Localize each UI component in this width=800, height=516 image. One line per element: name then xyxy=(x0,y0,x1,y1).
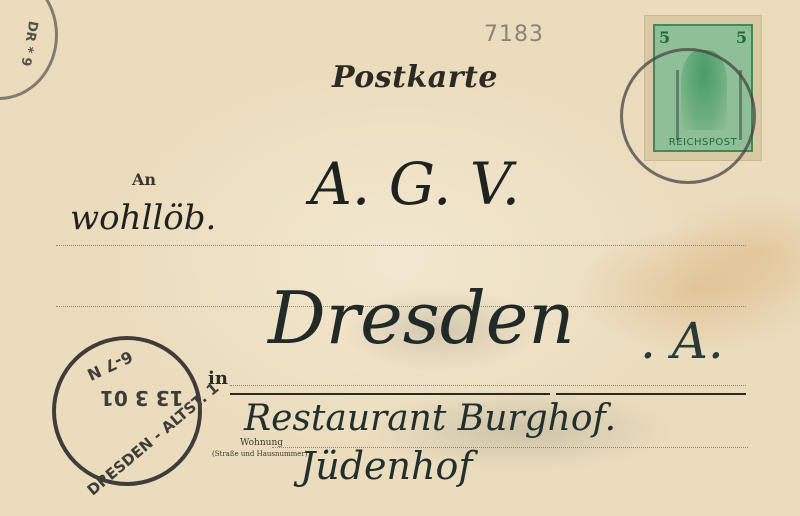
handwritten-prefix: wohllöb. xyxy=(70,198,216,238)
address-line-1 xyxy=(56,245,746,246)
city-underline-left xyxy=(230,393,550,395)
label-wohnung: Wohnung xyxy=(240,438,283,448)
city-underline-right xyxy=(556,393,746,395)
handwritten-city: Dresden xyxy=(268,276,575,360)
postmark-date: 13 3 01 xyxy=(100,386,184,410)
address-line-3 xyxy=(230,385,746,386)
stamp-value-right: 5 xyxy=(736,28,747,47)
label-an: An xyxy=(132,170,156,189)
label-wohnung-sub: (Straße und Hausnummer) xyxy=(212,450,308,458)
handwritten-recipient: A. G. V. xyxy=(310,150,520,218)
catalog-number: 7183 xyxy=(484,22,544,47)
handwritten-street-1: Restaurant Burghof. xyxy=(244,398,616,439)
handwritten-street-2: Jüdenhof xyxy=(300,444,472,488)
handwritten-city-suffix: . A. xyxy=(640,312,724,370)
stamp-postmark-circle xyxy=(620,48,756,184)
postcard-title: Postkarte xyxy=(332,60,498,95)
stamp-value-left: 5 xyxy=(659,28,670,47)
postcard-back: 7183 Postkarte 5 5 REICHSPOST DR * 9 An … xyxy=(0,0,800,516)
